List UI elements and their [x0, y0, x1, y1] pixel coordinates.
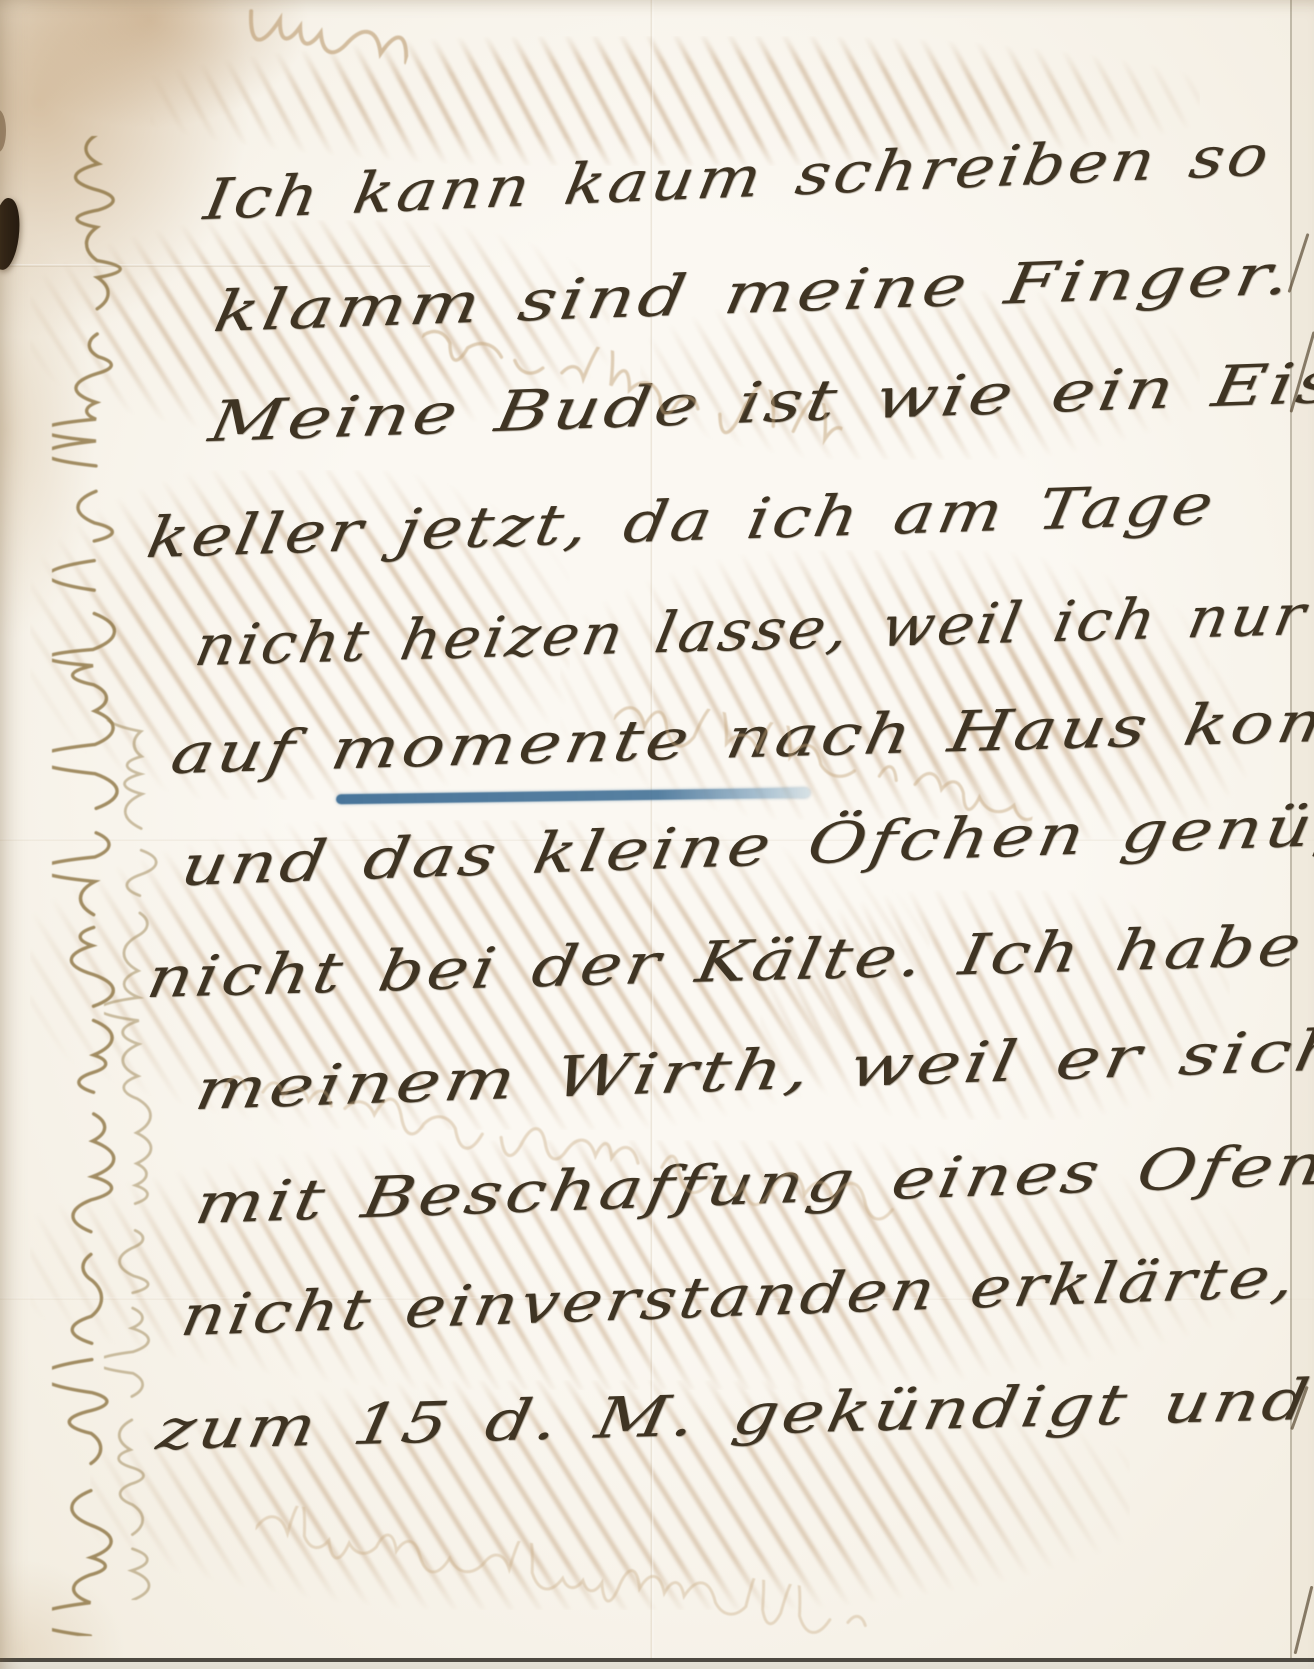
handwritten-line-11: nicht einverstanden erklärte,	[176, 1245, 1303, 1349]
handwritten-line-3: Meine Bude ist wie ein Eis-	[204, 349, 1314, 455]
handwritten-line-8: nicht bei der Kälte. Ich habe	[142, 914, 1309, 1012]
show-through-strokes	[249, 1500, 873, 1668]
handwritten-line-2: klamm sind meine Finger.	[209, 242, 1299, 345]
scan-edge-strip	[0, 1662, 1314, 1669]
margin-cross-writing-path	[104, 720, 156, 1600]
handwritten-line-9: meinem Wirth, weil er sich	[190, 1018, 1314, 1124]
blue-pencil-underline	[336, 788, 810, 805]
handwritten-line-12: zum 15 d. M. gekündigt und	[152, 1368, 1314, 1464]
paper-tear-notch	[0, 197, 23, 272]
paper-edge-mark	[0, 110, 6, 152]
margin-cross-writing-path	[52, 136, 120, 1636]
letter-page: Ich kann kaum schreiben so klamm sind me…	[0, 0, 1314, 1669]
show-through-strokes-path	[253, 1500, 872, 1643]
margin-cross-writing	[52, 136, 148, 1636]
fold-crease-horizontal-1	[0, 264, 430, 267]
handwritten-line-6: auf momente nach Haus komme,	[166, 685, 1314, 787]
margin-cross-writing	[104, 720, 176, 1600]
handwritten-line-4: keller jetzt, da ich am Tage	[142, 472, 1221, 571]
show-through-word	[205, 0, 420, 127]
show-through-word-path	[217, 0, 412, 85]
handwritten-line-5: nicht heizen lasse, weil ich nur	[190, 583, 1313, 679]
handwritten-line-10: mit Beschaffung eines Ofens	[190, 1131, 1314, 1237]
handwritten-line-7: und das kleine Öfchen genügt	[176, 791, 1314, 899]
handwritten-line-1: Ich kann kaum schreiben so	[199, 123, 1276, 233]
